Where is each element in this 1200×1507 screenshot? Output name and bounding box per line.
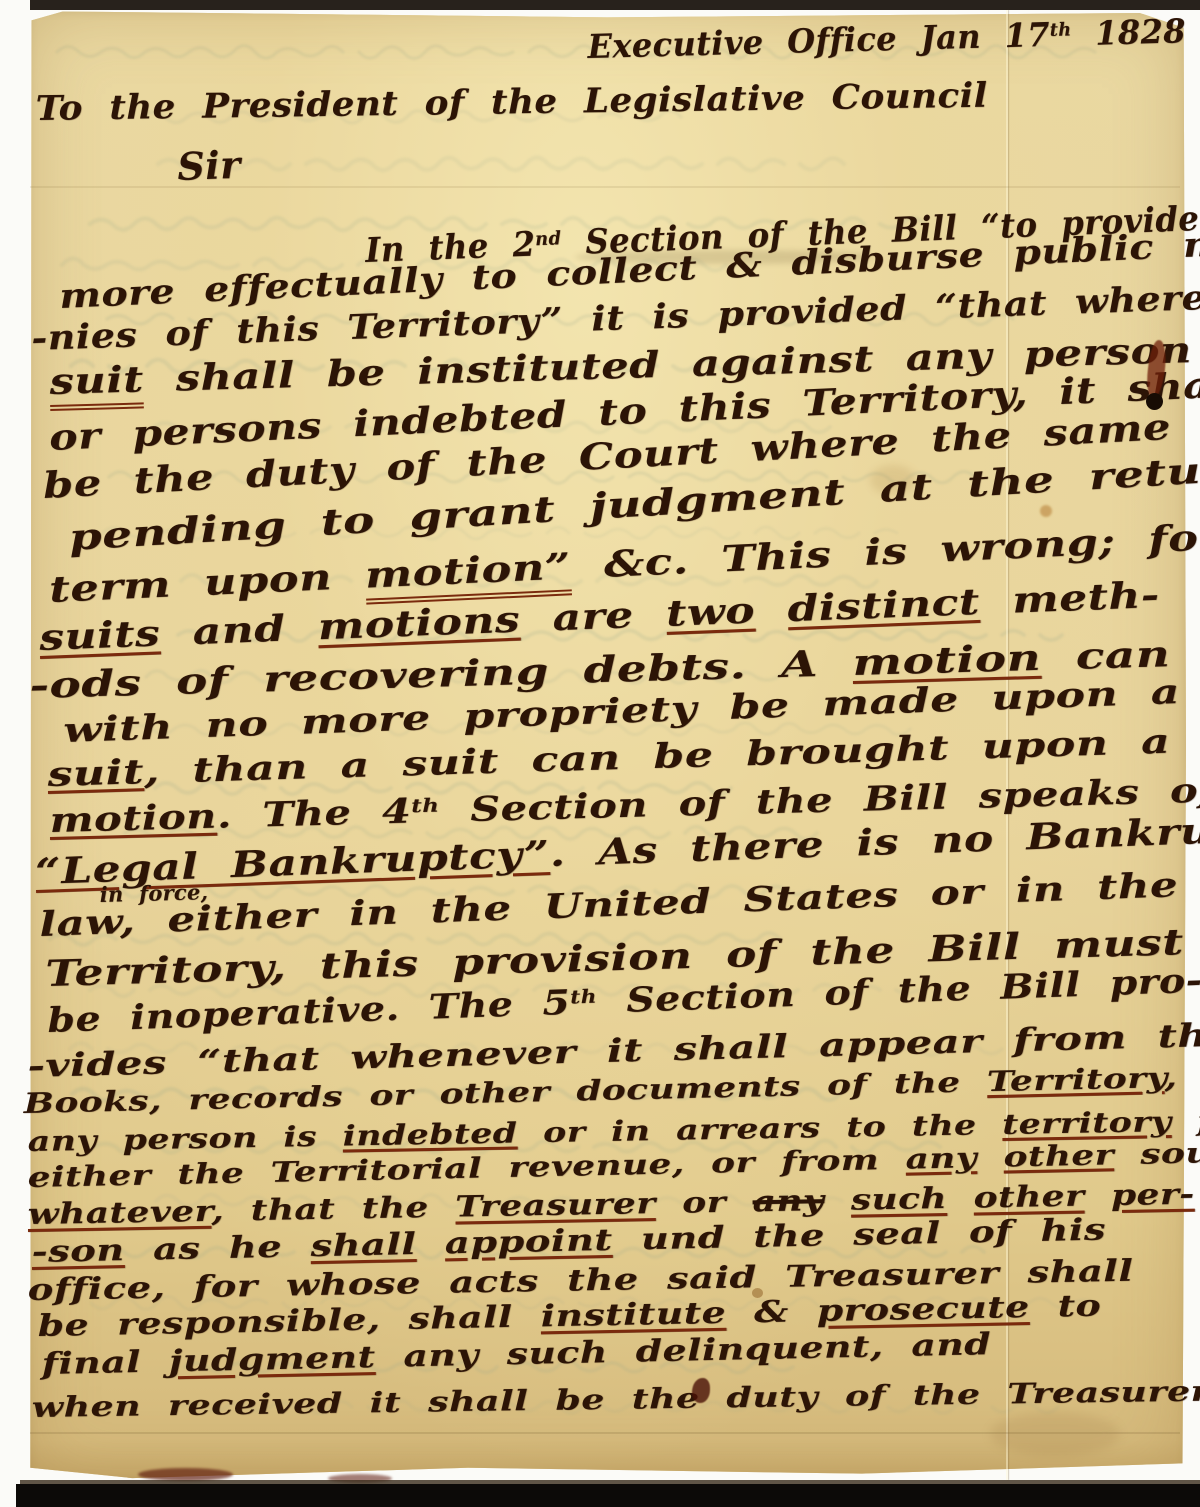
ink-bleedthrough-texture [28, 10, 1186, 1484]
letter-paper [28, 10, 1186, 1484]
scanned-letter-page: Executive Office Jan 17th 1828To the Pre… [0, 0, 1200, 1507]
scan-edge-top [30, 0, 1200, 10]
scan-edge-bottom [16, 1484, 1200, 1507]
